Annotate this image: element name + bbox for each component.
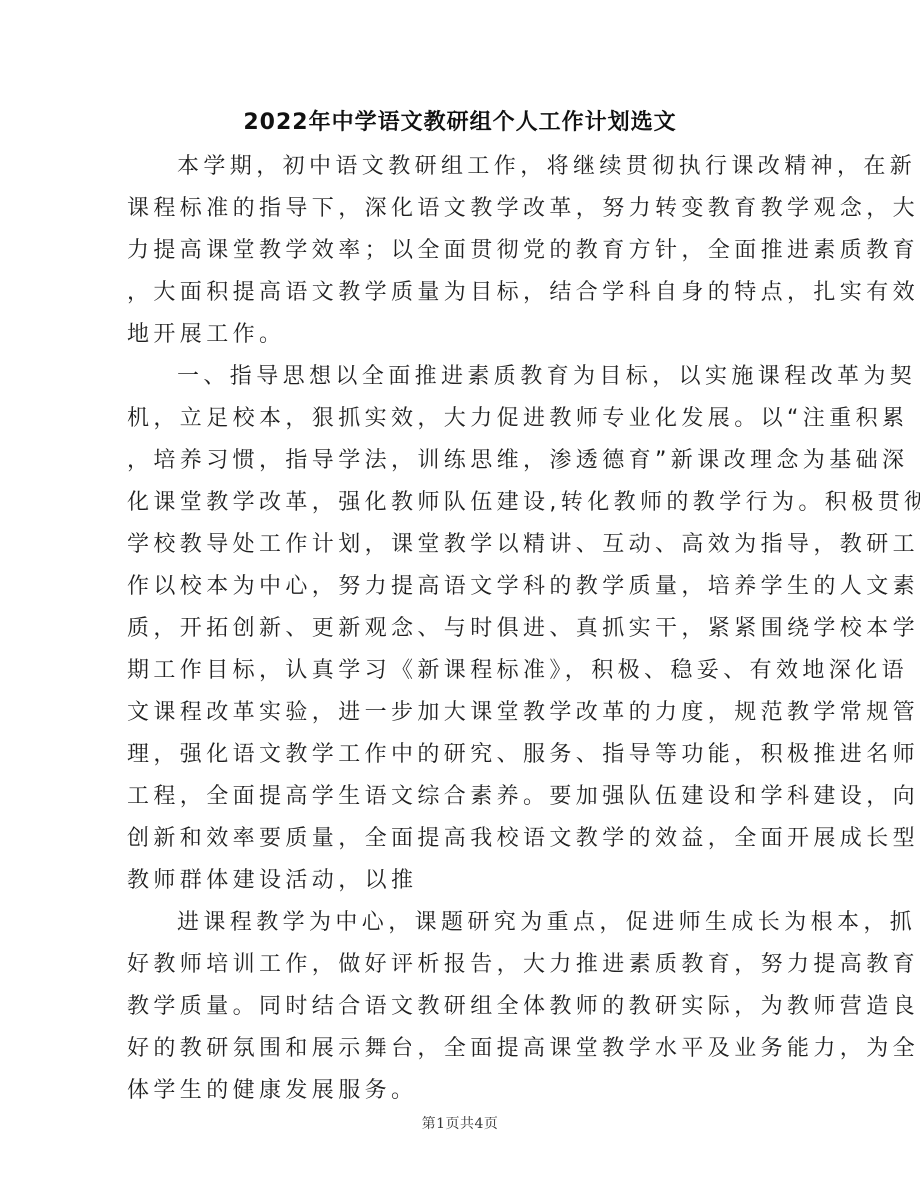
text-line: 创新和效率要质量，全面提高我校语文教学的效益，全面开展成长型 [127, 818, 797, 860]
text-line: 作以校本为中心，努力提高语文学科的教学质量，培养学生的人文素 [127, 566, 797, 608]
text-line: 教学质量。同时结合语文教研组全体教师的教研实际，为教师营造良 [127, 986, 797, 1028]
text-line: 机，立足校本，狠抓实效，大力促进教师专业化发展。以“注重积累 [127, 398, 797, 440]
text-line: 理，强化语文教学工作中的研究、服务、指导等功能，积极推进名师 [127, 734, 797, 776]
document-body: 本学期，初中语文教研组工作，将继续贯彻执行课改精神，在新 课程标准的指导下，深化… [127, 146, 797, 1112]
text-line: 文课程改革实验，进一步加大课堂教学改革的力度，规范教学常规管 [127, 692, 797, 734]
text-line: ，培养习惯，指导学法，训练思维，渗透德育”新课改理念为基础深 [127, 440, 797, 482]
text-line: 化课堂教学改革，强化教师队伍建设,转化教师的教学行为。积极贯彻 [127, 482, 797, 524]
text-line: 本学期，初中语文教研组工作，将继续贯彻执行课改精神，在新 [127, 146, 797, 188]
paragraph-guiding-thought: 一、指导思想以全面推进素质教育为目标，以实施课程改革为契 机，立足校本，狠抓实效… [127, 356, 797, 902]
text-line: ，大面积提高语文教学质量为目标，结合学科自身的特点，扎实有效 [127, 272, 797, 314]
document-title: 2022年中学语文教研组个人工作计划选文 [0, 108, 920, 138]
text-line: 学校教导处工作计划，课堂教学以精讲、互动、高效为指导，教研工 [127, 524, 797, 566]
text-line: 进课程教学为中心，课题研究为重点，促进师生成长为根本，抓 [127, 902, 797, 944]
text-line: 教师群体建设活动，以推 [127, 860, 797, 902]
text-line: 质，开拓创新、更新观念、与时俱进、真抓实干，紧紧围绕学校本学 [127, 608, 797, 650]
text-line: 课程标准的指导下，深化语文教学改革，努力转变教育教学观念，大 [127, 188, 797, 230]
text-line: 力提高课堂教学效率；以全面贯彻党的教育方针，全面推进素质教育 [127, 230, 797, 272]
text-line: 地开展工作。 [127, 314, 797, 356]
document-page: 2022年中学语文教研组个人工作计划选文 本学期，初中语文教研组工作，将继续贯彻… [0, 0, 920, 1191]
text-line: 工程，全面提高学生语文综合素养。要加强队伍建设和学科建设，向 [127, 776, 797, 818]
paragraph-intro: 本学期，初中语文教研组工作，将继续贯彻执行课改精神，在新 课程标准的指导下，深化… [127, 146, 797, 356]
text-line: 好的教研氛围和展示舞台，全面提高课堂教学水平及业务能力，为全 [127, 1028, 797, 1070]
text-line: 一、指导思想以全面推进素质教育为目标，以实施课程改革为契 [127, 356, 797, 398]
text-line: 体学生的健康发展服务。 [127, 1070, 797, 1112]
page-number-footer: 第1页共4页 [0, 1113, 920, 1133]
text-line: 好教师培训工作，做好评析报告，大力推进素质教育，努力提高教育 [127, 944, 797, 986]
text-line: 期工作目标，认真学习《新课程标准》，积极、稳妥、有效地深化语 [127, 650, 797, 692]
paragraph-focus: 进课程教学为中心，课题研究为重点，促进师生成长为根本，抓 好教师培训工作，做好评… [127, 902, 797, 1112]
